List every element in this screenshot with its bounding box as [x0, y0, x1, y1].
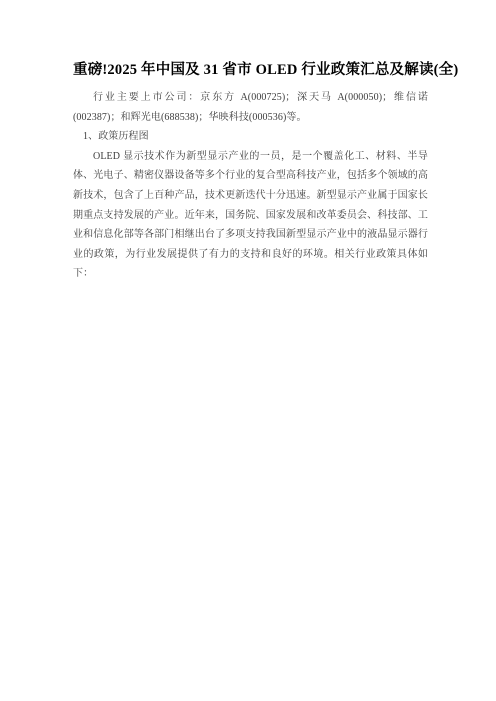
document-page: { "page": { "background_color": "#ffffff…	[0, 0, 496, 701]
policy-history-section-heading: 1、政策历程图	[73, 127, 428, 147]
policy-overview-paragraph: OLED 显示技术作为新型显示产业的一员，是一个覆盖化工、材料、半导体、光电子、…	[73, 147, 428, 284]
listed-companies-paragraph: 行业主要上市公司：京东方 A(000725)；深天马 A(000050)；维信诺…	[73, 88, 428, 127]
document-content: 重磅!2025 年中国及 31 省市 OLED 行业政策汇总及解读(全) 行业主…	[73, 57, 428, 284]
document-title: 重磅!2025 年中国及 31 省市 OLED 行业政策汇总及解读(全)	[73, 57, 428, 83]
